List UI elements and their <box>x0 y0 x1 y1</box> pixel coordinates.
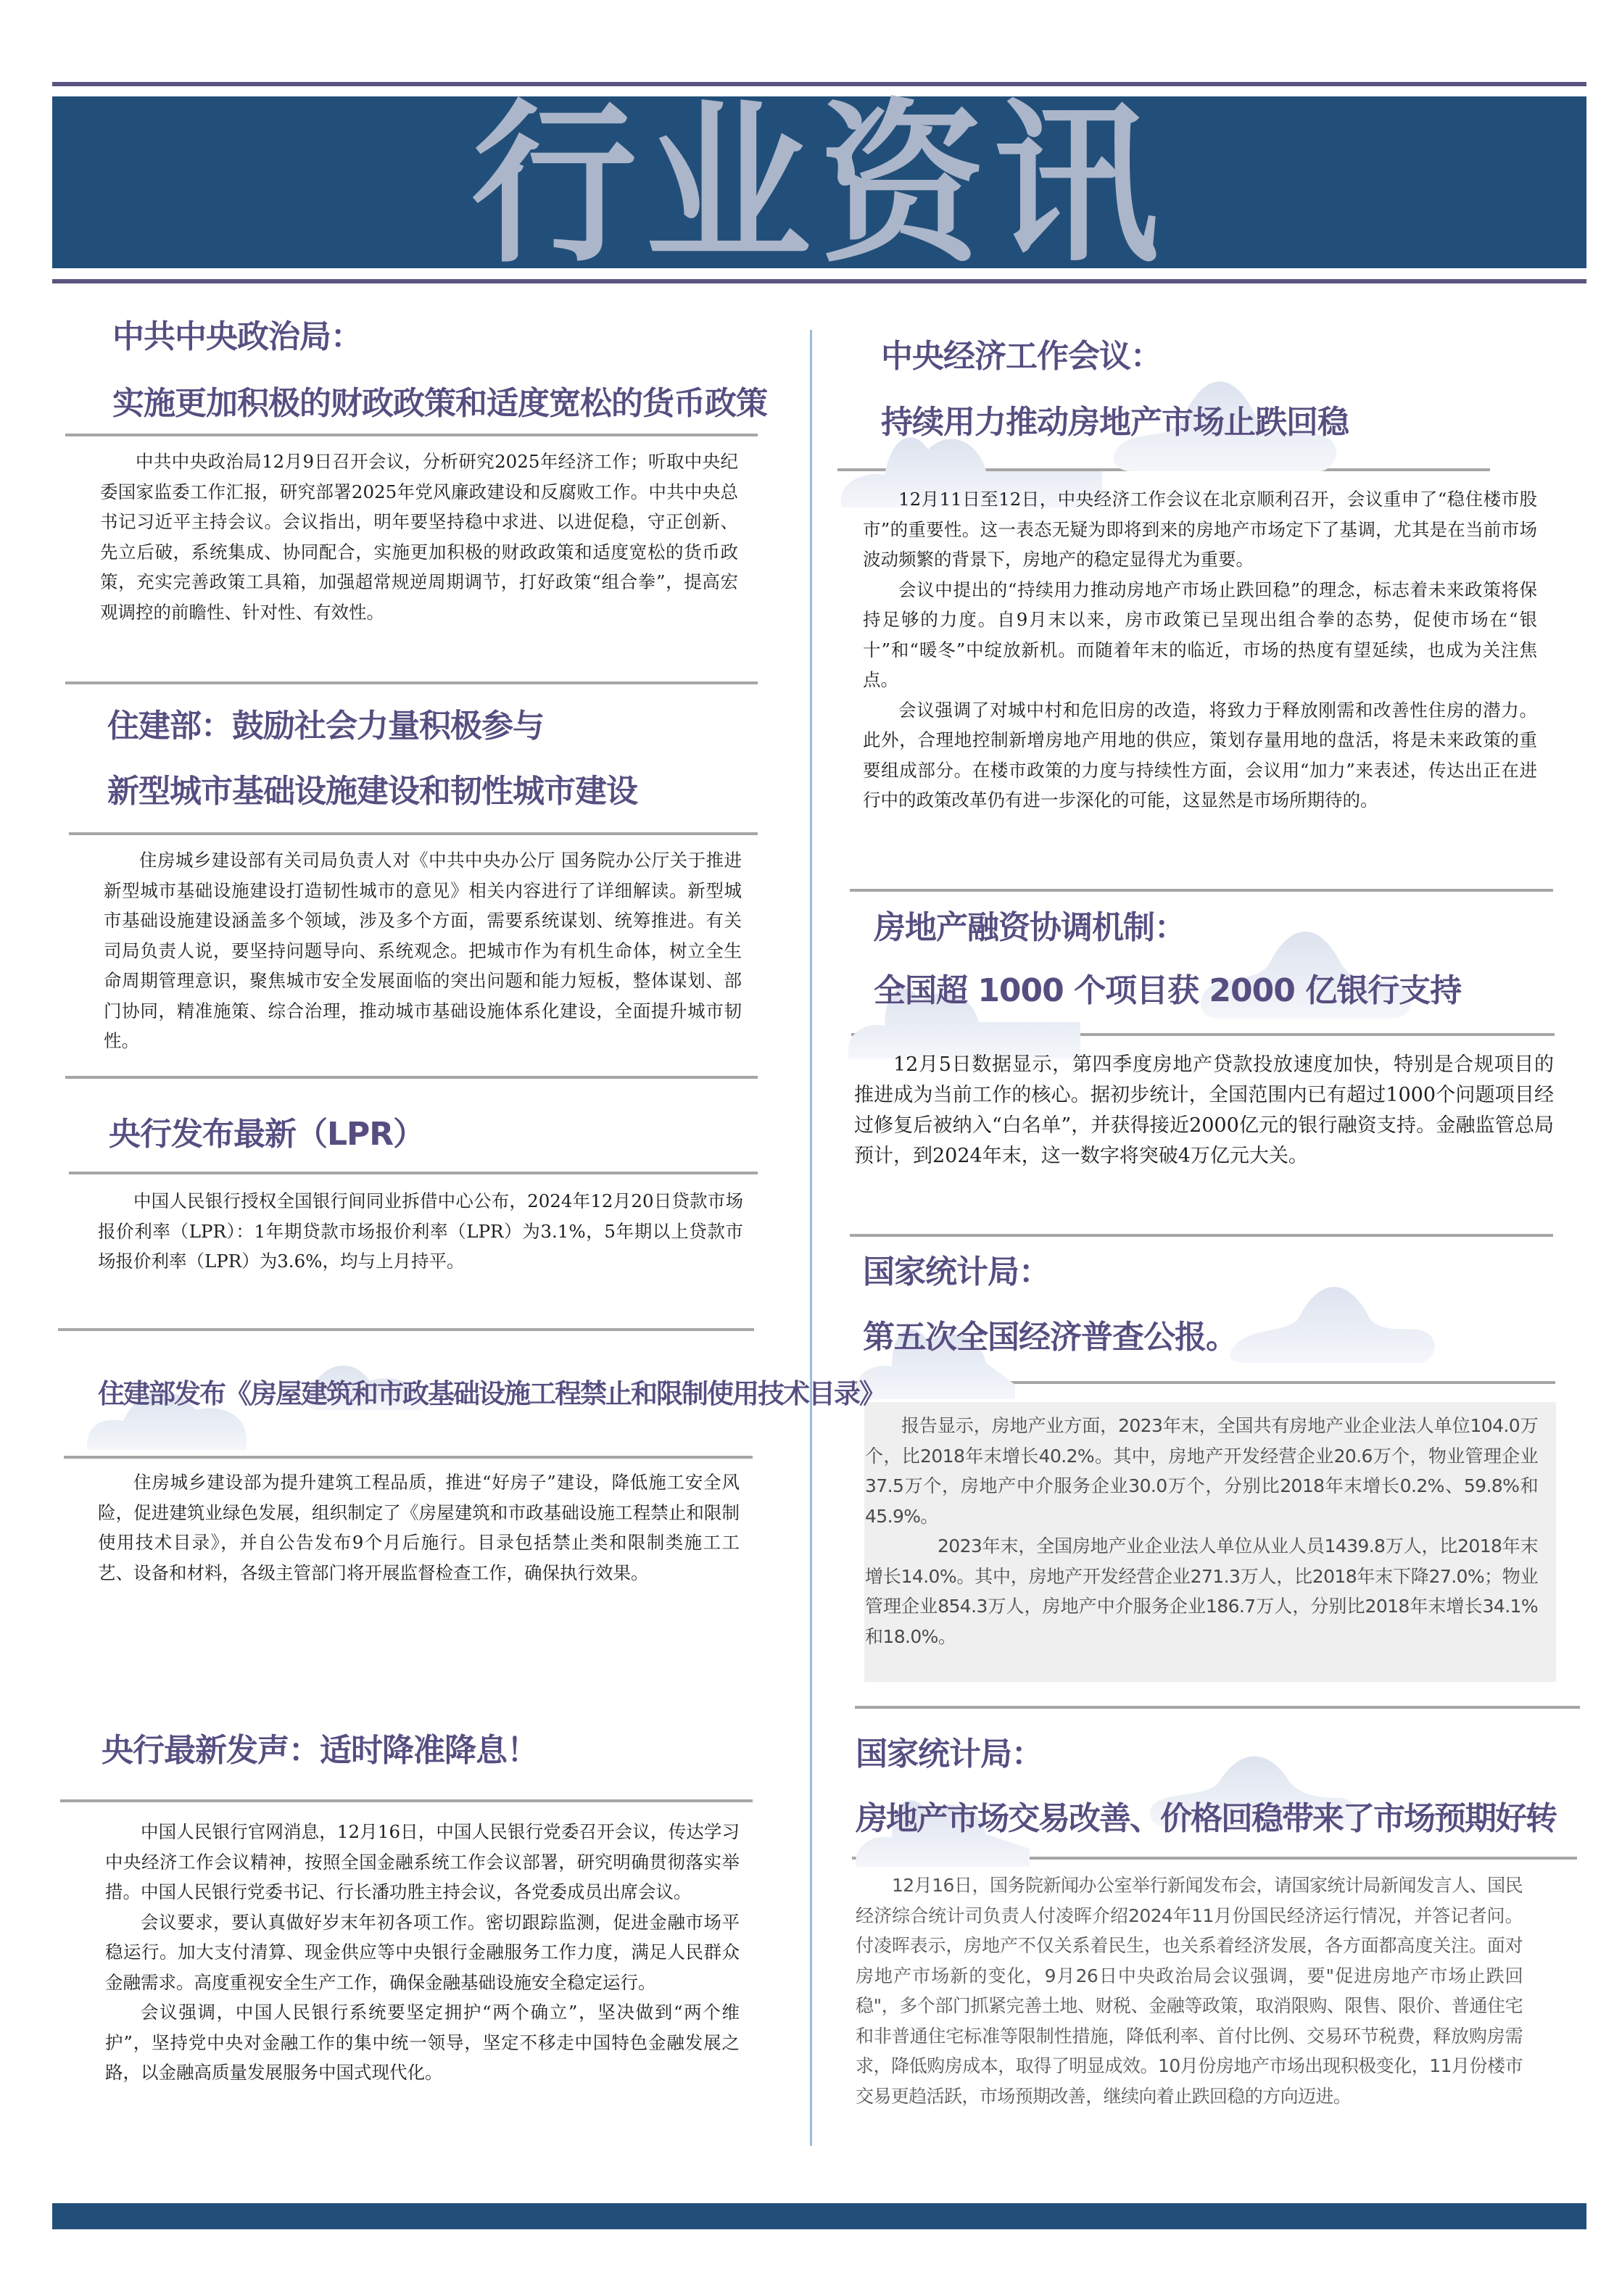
column-divider <box>810 330 812 2146</box>
article-paragraph: 中国人民银行授权全国银行间同业拆借中心公布，2024年12月20日贷款市场报价利… <box>98 1186 743 1277</box>
article-heading-line1: 央行发布最新（LPR） <box>109 1108 424 1154</box>
article-paragraph: 2023年末，全国房地产业企业法人单位从业人员1439.8万人，比2018年末增… <box>865 1531 1538 1651</box>
section-divider <box>65 434 758 436</box>
article-heading-line2: 新型城市基础设施建设和韧性城市建设 <box>107 765 637 811</box>
article-paragraph: 报告显示，房地产业方面，2023年末，全国共有房地产业企业法人单位104.0万个… <box>865 1411 1538 1531</box>
article-paragraph: 会议强调，中国人民银行系统要坚定拥护“两个确立”，坚决做到“两个维护”，坚持党中… <box>105 1997 740 2088</box>
article-heading-line1: 房地产融资协调机制： <box>874 901 1186 948</box>
article-body: 中国人民银行授权全国银行间同业拆借中心公布，2024年12月20日贷款市场报价利… <box>98 1186 743 1277</box>
article-body: 住房城乡建设部有关司局负责人对《中共中央办公厅 国务院办公厅关于推进新型城市基础… <box>104 845 742 1056</box>
article-paragraph: 中共中央政治局12月9日召开会议，分析研究2025年经济工作；听取中央纪委国家监… <box>100 447 738 627</box>
article-heading-line1: 中共中央政治局： <box>112 310 362 357</box>
article-paragraph: 中国人民银行官网消息，12月16日，中国人民银行党委召开会议，传达学习中央经济工… <box>105 1817 740 1907</box>
footer-bar <box>52 2203 1586 2229</box>
article-body: 12月5日数据显示，第四季度房地产贷款投放速度加快，特别是合规项目的推进成为当前… <box>854 1050 1554 1172</box>
article-paragraph: 12月16日，国务院新闻办公室举行新闻发布会，请国家统计局新闻发言人、国民经济综… <box>856 1870 1523 2111</box>
article-heading-line2: 房地产市场交易改善、价格回稳带来了市场预期好转 <box>856 1792 1556 1839</box>
article-body: 12月11日至12日，中央经济工作会议在北京顺利召开，会议重申了“稳住楼市股市”… <box>863 484 1537 816</box>
banner-title: 行业资讯 <box>471 98 1167 271</box>
article-heading-line1: 央行最新发声：适时降准降息！ <box>102 1724 538 1770</box>
article-heading-line2: 第五次全国经济普查公报。 <box>863 1311 1237 1357</box>
article-paragraph: 住房城乡建设部有关司局负责人对《中共中央办公厅 国务院办公厅关于推进新型城市基础… <box>104 845 742 1056</box>
section-divider <box>65 681 758 684</box>
section-divider <box>855 1706 1580 1709</box>
section-divider <box>64 1456 753 1459</box>
section-divider <box>60 1799 753 1802</box>
header-bottom-rule <box>52 279 1586 283</box>
article-heading-line2: 实施更加积极的财政政策和适度宽松的货币政策 <box>112 377 767 423</box>
article-heading-line1: 住建部：鼓励社会力量积极参与 <box>107 700 544 746</box>
article-paragraph: 会议要求，要认真做好岁末年初各项工作。密切跟踪监测，促进金融市场平稳运行。加大支… <box>105 1907 740 1998</box>
article-paragraph: 会议强调了对城中村和危旧房的改造，将致力于释放刚需和改善性住房的潜力。此外，合理… <box>863 695 1537 816</box>
article-paragraph: 住房城乡建设部为提升建筑工程品质，推进“好房子”建设，降低施工安全风险，促进建筑… <box>98 1467 740 1588</box>
section-divider <box>69 1172 758 1174</box>
article-heading-line2: 全国超 1000 个项目获 2000 亿银行支持 <box>874 964 1461 1011</box>
article-body: 中国人民银行官网消息，12月16日，中国人民银行党委召开会议，传达学习中央经济工… <box>105 1817 740 2088</box>
article-heading-line1: 国家统计局： <box>856 1728 1043 1774</box>
section-divider <box>58 1328 754 1331</box>
article-body: 住房城乡建设部为提升建筑工程品质，推进“好房子”建设，降低施工安全风险，促进建筑… <box>98 1467 740 1588</box>
article-heading-line1: 国家统计局： <box>863 1246 1050 1292</box>
header-banner: 行业资讯 <box>52 96 1586 268</box>
section-divider <box>850 1234 1553 1237</box>
section-divider <box>850 889 1553 892</box>
article-body: 12月16日，国务院新闻办公室举行新闻发布会，请国家统计局新闻发言人、国民经济综… <box>856 1870 1523 2111</box>
article-heading-line2: 持续用力推动房地产市场止跌回稳 <box>881 396 1349 442</box>
article-paragraph: 12月11日至12日，中央经济工作会议在北京顺利召开，会议重申了“稳住楼市股市”… <box>863 484 1537 575</box>
article-paragraph: 会议中提出的“持续用力推动房地产市场止跌回稳”的理念，标志着未来政策将保持足够的… <box>863 575 1537 695</box>
section-divider <box>69 832 758 835</box>
article-body: 报告显示，房地产业方面，2023年末，全国共有房地产业企业法人单位104.0万个… <box>865 1411 1538 1651</box>
section-divider <box>65 1076 758 1079</box>
article-heading-line1: 中央经济工作会议： <box>881 330 1162 376</box>
article-paragraph: 12月5日数据显示，第四季度房地产贷款投放速度加快，特别是合规项目的推进成为当前… <box>854 1050 1554 1172</box>
article-body: 中共中央政治局12月9日召开会议，分析研究2025年经济工作；听取中央纪委国家监… <box>100 447 738 627</box>
article-heading-line1: 住建部发布《房屋建筑和市政基础设施工程禁止和限制使用技术目录》 <box>98 1372 885 1411</box>
